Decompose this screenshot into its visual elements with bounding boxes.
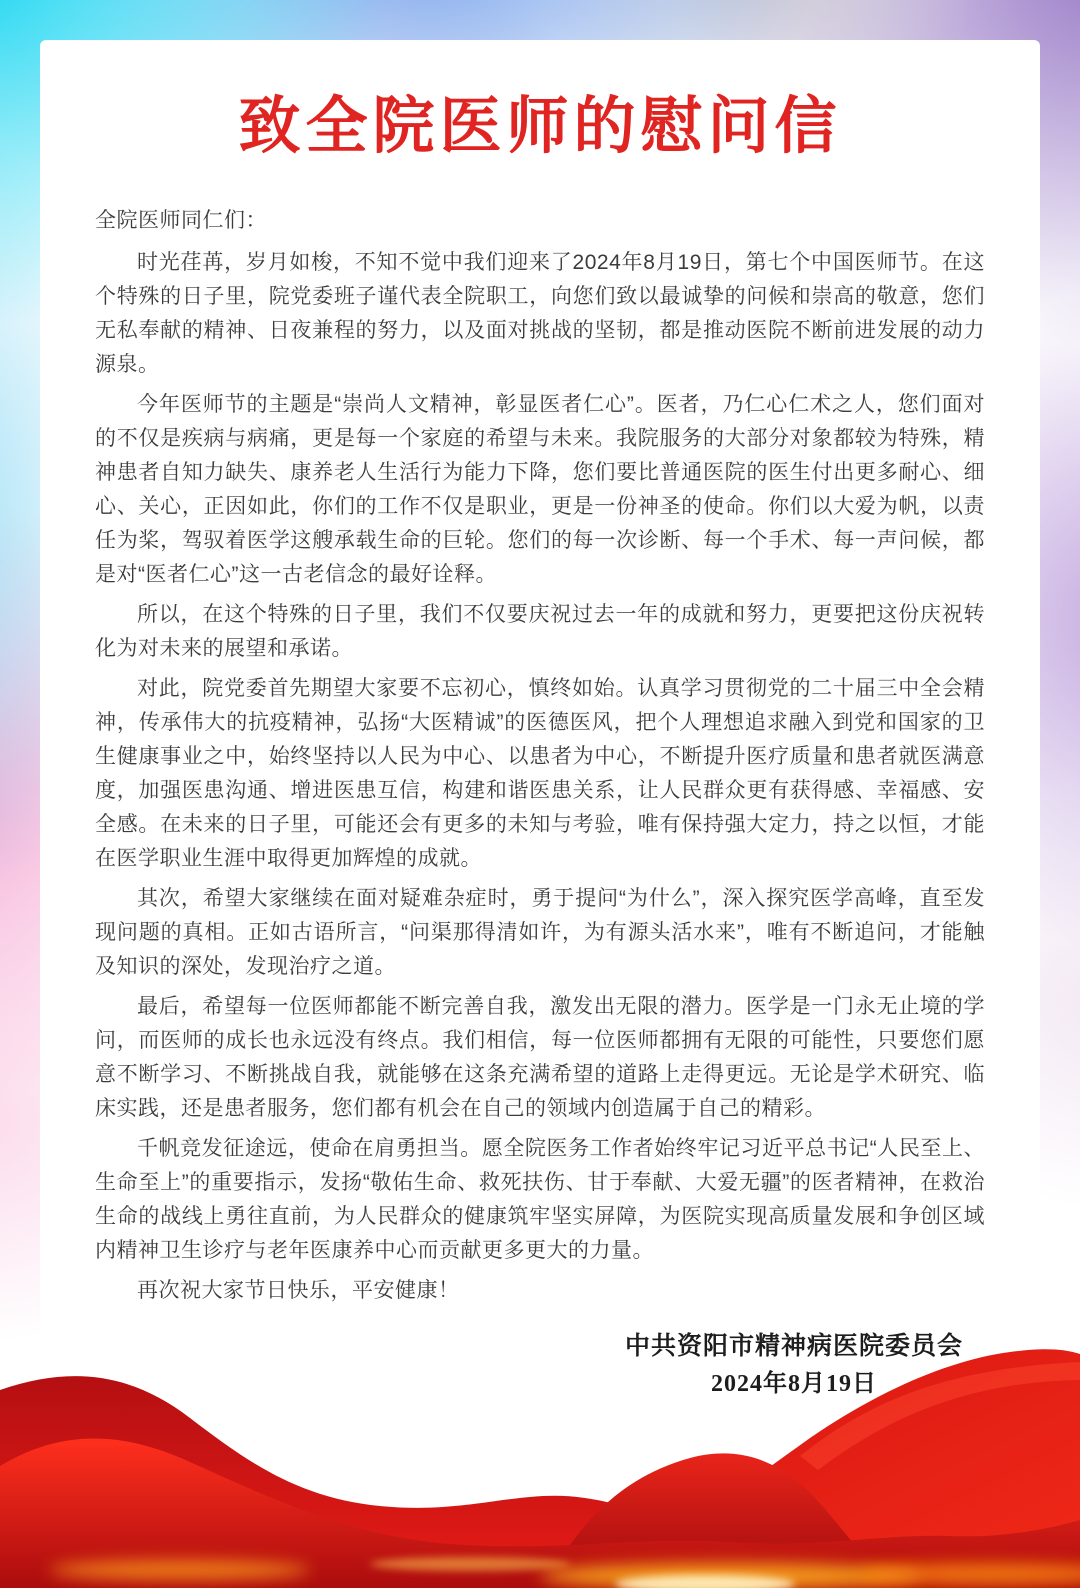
letter-paragraph: 今年医师节的主题是“崇尚人文精神，彰显医者仁心”。医者，乃仁心仁术之人，您们面对…: [95, 388, 985, 592]
letter-panel: 致全院医师的慰问信 全院医师同仁们： 时光荏苒，岁月如梭，不知不觉中我们迎来了2…: [40, 40, 1040, 1548]
letter-paragraph: 最后，希望每一位医师都能不断完善自我，激发出无限的潜力。医学是一门永无止境的学问…: [95, 990, 985, 1126]
letter-paragraph: 时光荏苒，岁月如梭，不知不觉中我们迎来了2024年8月19日，第七个中国医师节。…: [95, 246, 985, 382]
red-ribbon-graphic: [0, 1338, 1080, 1588]
letter-paragraph: 所以，在这个特殊的日子里，我们不仅要庆祝过去一年的成就和努力，更要把这份庆祝转化…: [95, 598, 985, 666]
letter-title: 致全院医师的慰问信: [95, 90, 985, 164]
letter-paragraph: 对此，院党委首先期望大家要不忘初心，慎终如始。认真学习贯彻党的二十届三中全会精神…: [95, 672, 985, 876]
letter-paragraph: 再次祝大家节日快乐，平安健康！: [95, 1274, 985, 1308]
poster-background: 致全院医师的慰问信 全院医师同仁们： 时光荏苒，岁月如梭，不知不觉中我们迎来了2…: [0, 0, 1080, 1588]
letter-paragraph: 其次，希望大家继续在面对疑难杂症时，勇于提问“为什么”，深入探究医学高峰，直至发…: [95, 882, 985, 984]
letter-salutation: 全院医师同仁们：: [95, 204, 985, 238]
letter-paragraph: 千帆竞发征途远，使命在肩勇担当。愿全院医务工作者始终牢记习近平总书记“人民至上、…: [95, 1132, 985, 1268]
letter-body: 时光荏苒，岁月如梭，不知不觉中我们迎来了2024年8月19日，第七个中国医师节。…: [95, 246, 985, 1308]
